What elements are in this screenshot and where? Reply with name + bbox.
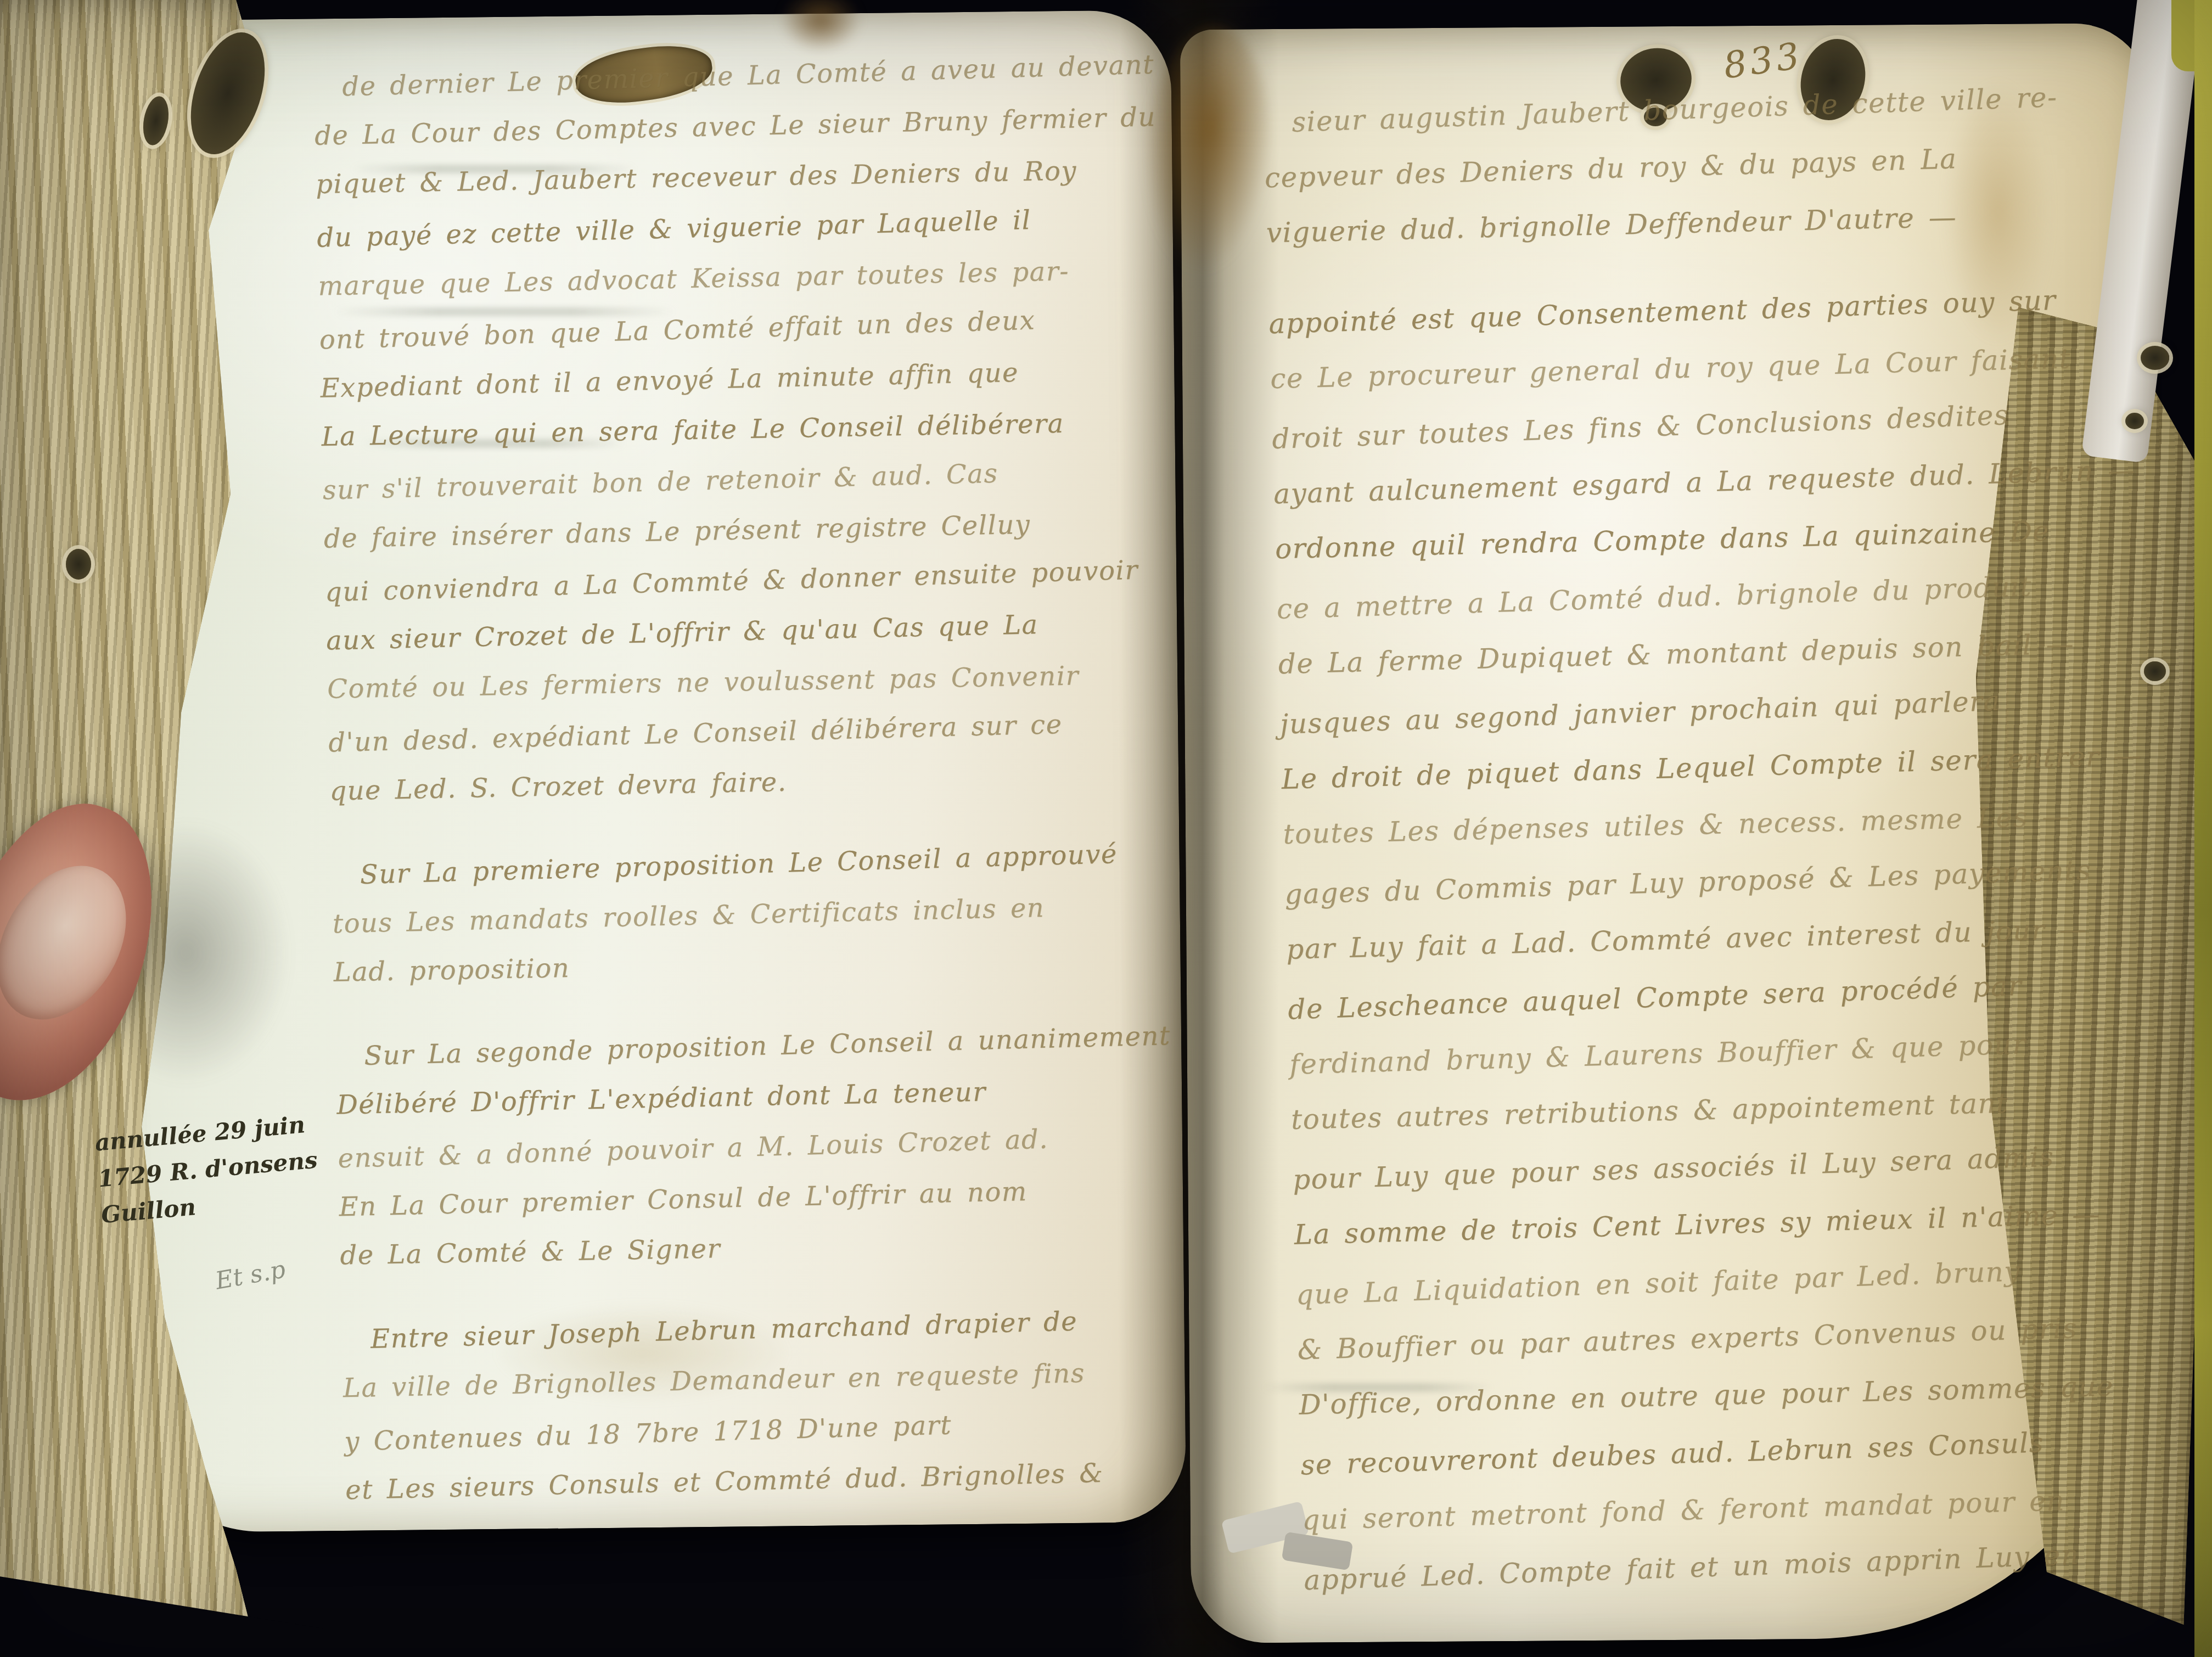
worm-hole xyxy=(2141,346,2169,370)
margin-annotation: annullée 29 juin1729 R. d'onsensGuillon xyxy=(93,1106,322,1233)
left-page-text: de dernier Le premier que La Comté a ave… xyxy=(313,41,1194,1515)
worm-hole xyxy=(2144,661,2166,681)
manuscript-photo: 833 de dernier Le premier que La Comté a… xyxy=(0,0,2212,1657)
right-page-text: sieur augustin Jaubert bourgeois de cett… xyxy=(1262,69,2166,1607)
worm-hole xyxy=(66,549,91,580)
background-strip xyxy=(2194,0,2212,1657)
